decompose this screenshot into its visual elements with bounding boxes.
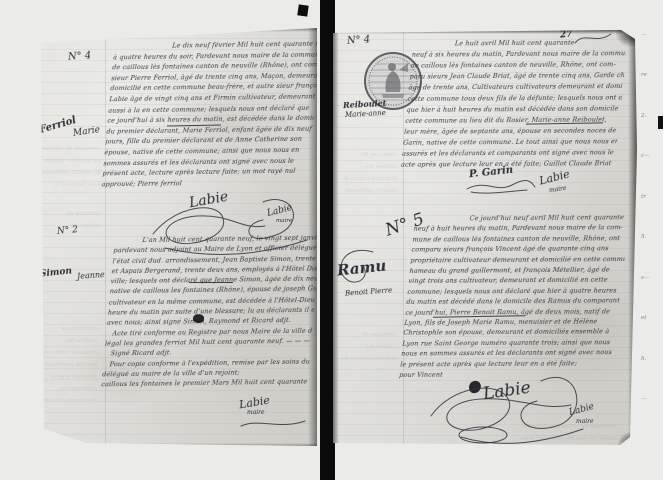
record-number: N° 4 — [347, 34, 371, 47]
book-gutter-strip — [320, 0, 335, 480]
signature-title: maire — [247, 409, 265, 416]
record-text-block: L'an Mil huit cent quarante neuf, le vin… — [101, 233, 321, 390]
bleedthrough-text: commune de caillous les fontaines canton… — [47, 208, 102, 234]
right-page: N° 4 27 Reiboulet Marie-anne Le huit avr… — [333, 29, 638, 448]
bleedthrough-text: commune de caillous les fontaines canton… — [39, 323, 97, 401]
signature-flourish-icon — [239, 416, 309, 430]
page-corner-dark — [618, 432, 636, 448]
bleedthrough-text: commune de caillous les fontaines canton… — [39, 143, 101, 195]
margin-name-jeanne: Jeanne — [77, 270, 105, 281]
signature-flourish-icon — [465, 177, 537, 195]
bleedthrough-text: commune de caillous les fontaines canton… — [339, 149, 397, 199]
underpage-edge-marks: —re2.c—tr5.s—eth.— — [641, 32, 661, 402]
bleedthrough-text: commune de caillous les fontaines canton… — [509, 421, 617, 443]
record-text-block: Le huit avril Mil huit cent quaranteneuf… — [400, 37, 627, 170]
signature-title: maire — [276, 218, 292, 224]
scan-artifact-mark — [297, 4, 308, 16]
margin-name-simon: Simon — [40, 266, 73, 279]
record-text-block: Le dix neuf février Mil huit cent quaran… — [101, 39, 321, 190]
margin-initial-flourish-icon — [333, 244, 379, 304]
margin-name-marie-anne: Marie-anne — [345, 109, 386, 119]
page-edge-top — [39, 28, 317, 32]
record-text-block: Ce jourd'hui neuf avril Mil huit cent qu… — [399, 212, 629, 380]
left-page: N° 4 Ferriol Marie Le dix neuf février M… — [39, 28, 317, 446]
page-edge-bottom — [39, 443, 317, 446]
page-edge-right — [628, 29, 638, 448]
signature-title: maire — [549, 185, 567, 194]
bleedthrough-text: commune de caillous les fontaines canton… — [341, 329, 397, 369]
page-edge-gutter — [333, 29, 339, 448]
margin-name-marie: Marie — [72, 125, 100, 139]
scanned-register-spread: { "scan": { "background_color": "#ebebe9… — [0, 0, 663, 480]
margin-name-ferriol: Ferriol — [38, 115, 77, 136]
record-number: N° 4 — [68, 50, 92, 63]
name-underline — [189, 282, 233, 283]
page-edge-bottom — [333, 445, 638, 448]
